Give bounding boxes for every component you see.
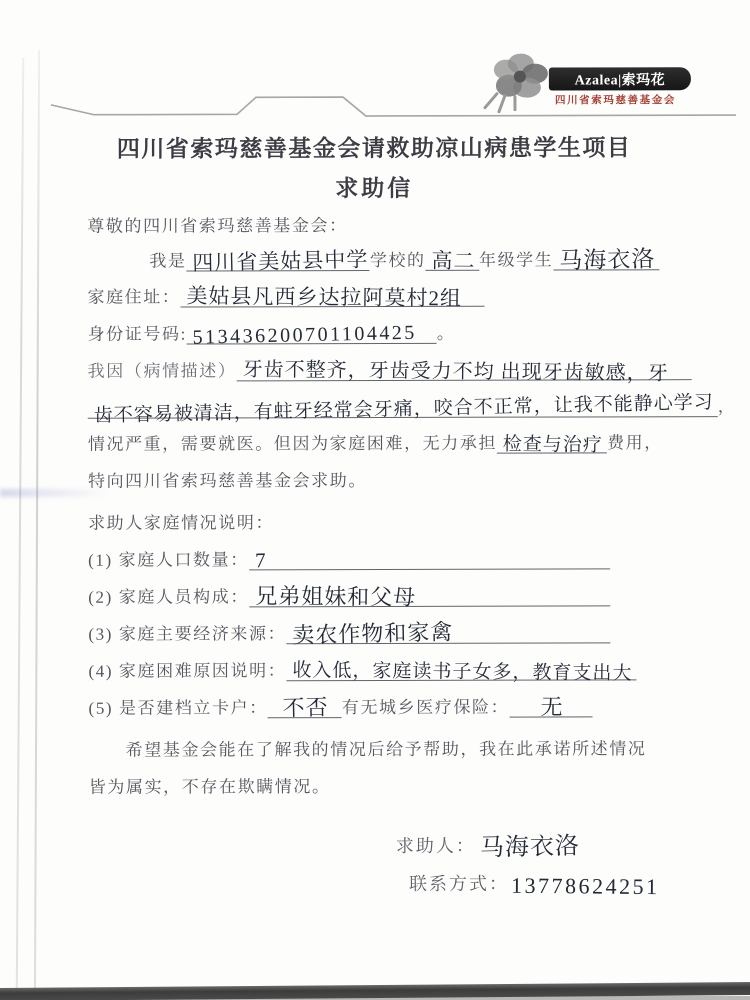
- brand-badge: Azalea|索玛花: [549, 67, 691, 90]
- closing-line-1: 希望基金会能在了解我的情况后给予帮助，我在此承诺所述情况: [89, 729, 689, 761]
- condition-blank-1: 牙齿不整齐，牙齿受力不均 出现牙齿敏感，牙: [236, 355, 691, 381]
- applicant-name-handwriting: 马海衣洛: [480, 835, 580, 861]
- condition-handwriting-2: 齿不容易被清洁，有蛀牙经常会牙痛，咬合不正常，让我不能静心学习: [94, 393, 714, 426]
- school-handwriting: 四川省美姑县中学: [192, 249, 368, 274]
- condition-line-1: 我因（病情描述） 牙齿不整齐，牙齿受力不均 出现牙齿敏感，牙: [88, 350, 692, 382]
- family-item-1: (1) 家庭人口数量： 7: [88, 539, 610, 570]
- family-item-2-blank: 兄弟姐妹和父母: [249, 581, 610, 607]
- org-name: 四川省索玛慈善基金会: [555, 92, 676, 107]
- family-item-5-handwriting-2: 无: [540, 696, 563, 718]
- address-label: 家庭住址：: [87, 286, 180, 307]
- closing-line-2: 皆为属实，不存在欺瞒情况。: [89, 766, 689, 798]
- family-item-5-blank-1: 不否: [268, 693, 342, 718]
- family-item-5-label-2: 有无城乡医疗保险：: [342, 696, 509, 718]
- family-item-5-handwriting-1: 不否: [283, 697, 329, 720]
- closing-text-2: 皆为属实，不存在欺瞒情况。: [89, 776, 331, 798]
- family-item-2-label: (2) 家庭人员构成：: [88, 586, 249, 608]
- address-handwriting: 美姑县凡西乡达拉阿莫村2组: [186, 286, 462, 310]
- id-label: 身份证号码:: [88, 323, 187, 345]
- applicant-signature-line: 求助人： 马海衣洛: [396, 827, 580, 857]
- family-item-3-label: (3) 家庭主要经济来源：: [88, 623, 286, 645]
- intro-prefix: 我是: [149, 250, 186, 271]
- id-period: 。: [437, 323, 456, 344]
- id-handwriting: 513436200701104425: [193, 323, 418, 348]
- condition-label: 我因（病情描述）: [88, 360, 237, 382]
- condition-handwriting-1: 牙齿不整齐，牙齿受力不均 出现牙齿敏感，牙: [242, 360, 668, 384]
- id-blank: 513436200701104425: [187, 319, 437, 345]
- family-item-3: (3) 家庭主要经济来源： 卖农作物和家禽: [88, 613, 610, 644]
- salutation-line: 尊敬的四川省索玛慈善基金会：: [87, 205, 687, 237]
- family-item-5: (5) 是否建档立卡户： 不否 有无城乡医疗保险： 无: [88, 687, 592, 718]
- family-item-1-blank: 7: [249, 544, 610, 570]
- salutation-text: 尊敬的四川省索玛慈善基金会：: [87, 215, 347, 237]
- family-item-1-handwriting: 7: [255, 550, 267, 571]
- family-item-1-label: (1) 家庭人口数量：: [88, 549, 249, 571]
- foundation-logo: Azalea|索玛花 四川省索玛慈善基金会: [475, 49, 705, 50]
- grade-handwriting: 高二: [431, 251, 475, 272]
- family-item-4-handwriting: 收入低，家庭读书子女多，教育支出大: [292, 661, 632, 683]
- condition-line3-blank: 检查与治疗: [497, 428, 607, 453]
- condition-line-2: 齿不容易被清洁，有蛀牙经常会牙痛，咬合不正常，让我不能静心学习 ，: [88, 387, 666, 419]
- name-blank: 马海衣洛: [553, 245, 659, 270]
- intro-line: 我是 四川省美姑县中学 学校的 高二 年级学生 马海衣洛: [149, 240, 659, 271]
- family-item-5-label: (5) 是否建档立卡户：: [89, 697, 268, 719]
- family-item-2: (2) 家庭人员构成： 兄弟姐妹和父母: [88, 576, 610, 607]
- contact-line: 联系方式： 13778624251: [409, 865, 660, 896]
- condition-line3-pre: 情况严重，需要就医。但因为家庭困难，无力承担: [88, 432, 497, 454]
- condition-line-3: 情况严重，需要就医。但因为家庭困难，无力承担 检查与治疗 费用，: [88, 423, 688, 455]
- intro-suffix: 年级学生: [479, 249, 553, 270]
- condition-line3-post: 费用，: [607, 432, 663, 453]
- condition-line4-text: 特向四川省索玛慈善基金会求助。: [88, 470, 367, 492]
- document-title-line1: 四川省索玛慈善基金会请救助凉山病患学生项目: [0, 129, 749, 164]
- address-blank: 美姑县凡西乡达拉阿莫村2组: [180, 282, 484, 308]
- condition-comma: ，: [718, 396, 737, 417]
- id-number-line: 身份证号码: 513436200701104425 。: [88, 313, 688, 345]
- closing-text-1: 希望基金会能在了解我的情况后给予帮助，我在此承诺所述情况: [126, 738, 647, 761]
- condition-blank-2: 齿不容易被清洁，有蛀牙经常会牙痛，咬合不正常，让我不能静心学习: [88, 392, 718, 419]
- document-title-line2: 求助信: [0, 169, 749, 204]
- brand-text: Azalea|索玛花: [575, 69, 666, 89]
- school-blank: 四川省美姑县中学: [187, 246, 370, 271]
- family-item-3-handwriting: 卖农作物和家禽: [292, 621, 453, 647]
- scanned-document: Azalea|索玛花 四川省索玛慈善基金会 四川省索玛慈善基金会请救助凉山病患学…: [0, 0, 750, 1000]
- student-name-handwriting: 马海衣洛: [559, 247, 655, 272]
- family-item-2-handwriting: 兄弟姐妹和父母: [255, 585, 416, 609]
- contact-number-handwriting: 13778624251: [511, 875, 660, 898]
- address-line: 家庭住址： 美姑县凡西乡达拉阿莫村2组: [87, 277, 484, 308]
- family-item-3-blank: 卖农作物和家禽: [286, 618, 610, 644]
- family-item-4-label: (4) 家庭困难原因说明：: [88, 660, 286, 682]
- page-content: Azalea|索玛花 四川省索玛慈善基金会 四川省索玛慈善基金会请救助凉山病患学…: [0, 0, 750, 1000]
- condition-line-4: 特向四川省索玛慈善基金会求助。: [88, 460, 688, 492]
- contact-label: 联系方式：: [409, 870, 509, 896]
- applicant-label: 求助人：: [396, 832, 476, 858]
- condition-handwriting-3: 检查与治疗: [503, 435, 603, 455]
- family-item-4-blank: 收入低，家庭读书子女多，教育支出大: [286, 655, 636, 681]
- family-item-5-blank-2: 无: [509, 692, 592, 717]
- family-heading: 求助人家庭情况说明：: [88, 512, 274, 534]
- family-heading-line: 求助人家庭情况说明：: [88, 502, 688, 534]
- grade-blank: 高二: [426, 246, 479, 271]
- intro-mid: 学校的: [370, 250, 426, 271]
- family-item-4: (4) 家庭困难原因说明： 收入低，家庭读书子女多，教育支出大: [88, 650, 622, 681]
